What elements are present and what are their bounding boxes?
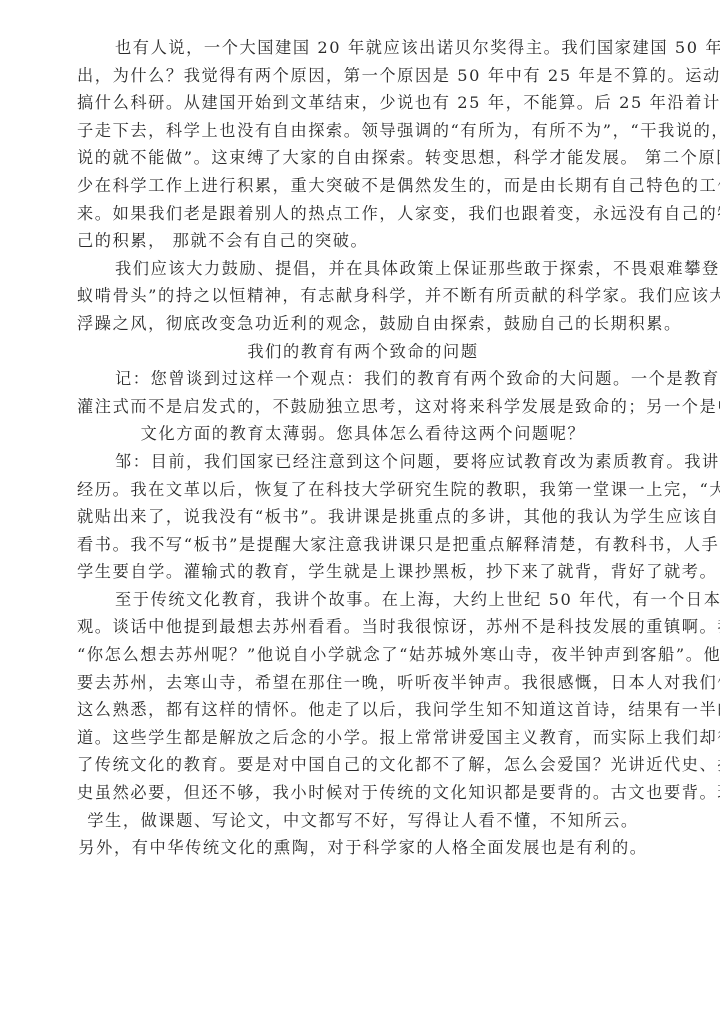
text-line: 这么熟悉，都有这样的情怀。他走了以后，我问学生知不知道这首诗，结果有一半的人不知 bbox=[77, 696, 649, 724]
paragraph-encourage-exploration: 我们应该大力鼓励、提倡，并在具体政策上保证那些敢于探索，不畏艰难攀登，有“蚂 蚁… bbox=[77, 255, 649, 338]
text-line: 也有人说，一个大国建国 20 年就应该出诺贝尔奖得主。我们国家建国 50 年了都… bbox=[77, 34, 649, 62]
text-line: “你怎么想去苏州呢？”他说自小学就念了“姑苏城外寒山寺，夜半钟声到客船”。他一定 bbox=[77, 641, 649, 669]
text-line: 邹：目前，我们国家已经注意到这个问题，要将应试教育改为素质教育。我讲讲自己的 bbox=[77, 448, 649, 476]
paragraph-nobel-prize: 也有人说，一个大国建国 20 年就应该出诺贝尔奖得主。我们国家建国 50 年了都… bbox=[77, 34, 649, 255]
text-line: 说的就不能做”。这束缚了大家的自由探索。转变思想，科学才能发展。 第二个原因是缺 bbox=[77, 144, 649, 172]
text-line: 灌注式而不是启发式的，不鼓励独立思考，这对将来科学发展是致命的；另一个是中国传统 bbox=[77, 393, 649, 421]
text-line: 学生要自学。灌输式的教育，学生就是上课抄黑板，抄下来了就背，背好了就考。 bbox=[77, 558, 649, 586]
text-line: 观。谈话中他提到最想去苏州看看。当时我很惊讶，苏州不是科技发展的重镇啊。我说： bbox=[77, 613, 649, 641]
text-line: 看书。我不写“板书”是提醒大家注意我讲课只是把重点解释清楚，有教科书，人手一册， bbox=[77, 531, 649, 559]
text-line: 史虽然必要，但还不够，我小时候对于传统的文化知识都是要背的。古文也要背。现在不少 bbox=[77, 779, 649, 807]
text-line: 出，为什么？我觉得有两个原因，第一个原因是 50 年中有 25 年是不算的。运动… bbox=[77, 62, 649, 90]
text-line: 要去苏州，去寒山寺，希望在那住一晚，听听夜半钟声。我很感慨，日本人对我们传统文化 bbox=[77, 669, 649, 697]
paragraph-answer-conclusion: 另外，有中华传统文化的熏陶，对于科学家的人格全面发展也是有利的。 bbox=[77, 834, 649, 862]
section-heading: 我们的教育有两个致命的问题 bbox=[77, 338, 649, 366]
text-line: 就贴出来了，说我没有“板书”。我讲课是挑重点的多讲，其他的我认为学生应该自觉地去 bbox=[77, 503, 649, 531]
text-line: 至于传统文化教育，我讲个故事。在上海，大约上世纪 50 年代，有一个日本朋友来参 bbox=[77, 586, 649, 614]
text-line: 记：您曾谈到过这样一个观点：我们的教育有两个致命的大问题。一个是教育的方式是 bbox=[77, 365, 649, 393]
document-page: 也有人说，一个大国建国 20 年就应该出诺贝尔奖得主。我们国家建国 50 年了都… bbox=[77, 34, 649, 862]
paragraph-answer-education: 邹：目前，我们国家已经注意到这个问题，要将应试教育改为素质教育。我讲讲自己的 经… bbox=[77, 448, 649, 586]
text-line: 蚁啃骨头”的持之以恒精神，有志献身科学，并不断有所贡献的科学家。我们应该大力刹住 bbox=[77, 282, 649, 310]
text-line: 道。这些学生都是解放之后念的小学。报上常常讲爱国主义教育，而实际上我们却往往忽略 bbox=[77, 724, 649, 752]
paragraph-interviewer-question: 记：您曾谈到过这样一个观点：我们的教育有两个致命的大问题。一个是教育的方式是 灌… bbox=[77, 365, 649, 448]
text-line: 文化方面的教育太薄弱。您具体怎么看待这两个问题呢？ bbox=[77, 420, 649, 448]
text-line: 己的积累， 那就不会有自己的突破。 bbox=[77, 227, 649, 255]
text-line: 了传统文化的教育。要是对中国自己的文化都不了解，怎么会爱国？光讲近代史、抗日战争 bbox=[77, 751, 649, 779]
text-line: 我们应该大力鼓励、提倡，并在具体政策上保证那些敢于探索，不畏艰难攀登，有“蚂 bbox=[77, 255, 649, 283]
text-line: 另外，有中华传统文化的熏陶，对于科学家的人格全面发展也是有利的。 bbox=[77, 834, 649, 862]
text-line: 子走下去，科学上也没有自由探索。领导强调的“有所为，有所不为”，“干我说的，我不 bbox=[77, 117, 649, 145]
text-line: 经历。我在文革以后，恢复了在科技大学研究生院的教职，我第一堂课一上完，“大字报” bbox=[77, 476, 649, 504]
text-line: 来。如果我们老是跟着别人的热点工作，人家变，我们也跟着变，永远没有自己的特点、自 bbox=[77, 200, 649, 228]
paragraph-answer-culture-story: 至于传统文化教育，我讲个故事。在上海，大约上世纪 50 年代，有一个日本朋友来参… bbox=[77, 586, 649, 834]
text-line: 浮躁之风，彻底改变急功近利的观念，鼓励自由探索，鼓励自己的长期积累。 bbox=[77, 310, 649, 338]
text-line: 少在科学工作上进行积累，重大突破不是偶然发生的，而是由长期有自己特色的工作积累而 bbox=[77, 172, 649, 200]
text-line: 学生，做课题、写论文，中文都写不好，写得让人看不懂，不知所云。 bbox=[77, 807, 649, 835]
text-line: 搞什么科研。从建国开始到文革结束，少说也有 25 年，不能算。后 25 年沿着计… bbox=[77, 89, 649, 117]
